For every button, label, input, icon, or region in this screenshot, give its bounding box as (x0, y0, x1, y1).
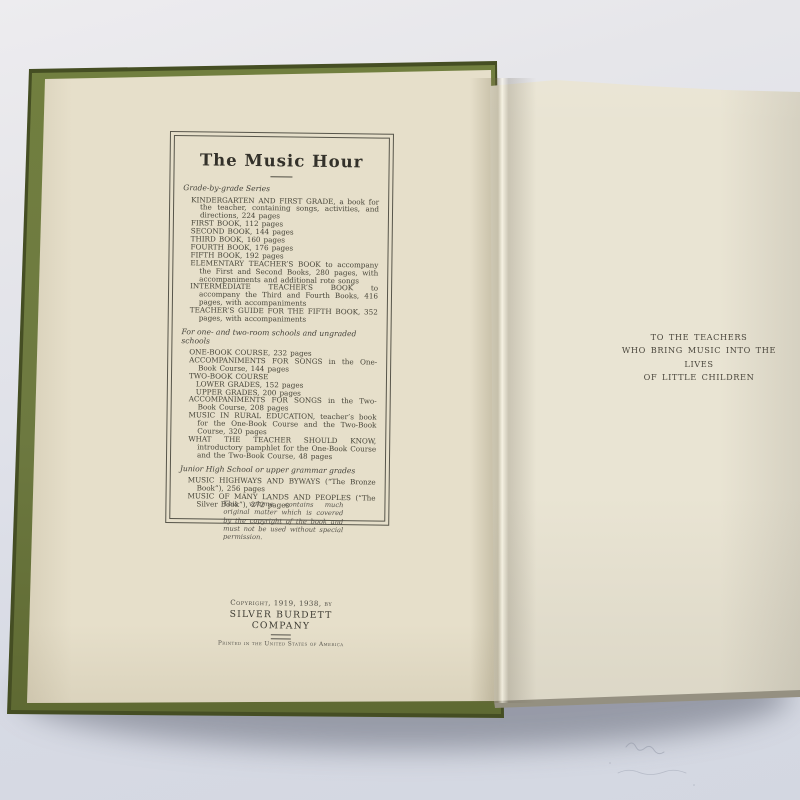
imprint-printed-line: Printed in the United States of America (206, 640, 356, 648)
imprint-rule (271, 634, 291, 639)
series-section: Grade-by-grade SeriesKINDERGARTEN AND FI… (182, 184, 380, 324)
title-rule (270, 176, 292, 177)
dedication-line: WHO BRING MUSIC INTO THE LIVES (606, 344, 792, 371)
dedication: TO THE TEACHERS WHO BRING MUSIC INTO THE… (606, 331, 792, 385)
imprint-block: Copyright, 1919, 1938, by SILVER BURDETT… (206, 598, 357, 647)
imprint-publisher: SILVER BURDETT COMPANY (206, 608, 356, 632)
copyright-notice: This volume contains much original matte… (223, 500, 343, 543)
pencil-scribble (598, 733, 738, 793)
imprint-copyright-line: Copyright, 1919, 1938, by (206, 598, 356, 608)
left-page-content: The Music Hour Grade-by-grade SeriesKIND… (0, 0, 800, 800)
book-photo: The Music Hour Grade-by-grade SeriesKIND… (0, 0, 800, 800)
section-heading: Junior High School or upper grammar grad… (180, 465, 376, 476)
series-section: For one- and two-room schools and ungrad… (180, 328, 378, 461)
series-box-title: The Music Hour (184, 150, 380, 171)
section-heading: For one- and two-room schools and ungrad… (181, 328, 377, 347)
dedication-line: OF LITTLE CHILDREN (606, 371, 792, 384)
series-box-sections: Grade-by-grade SeriesKINDERGARTEN AND FI… (179, 184, 379, 510)
series-item: TEACHER’S GUIDE FOR THE FIFTH BOOK, 352 … (182, 306, 378, 324)
series-box: The Music Hour Grade-by-grade SeriesKIND… (165, 131, 394, 526)
series-item: WHAT THE TEACHER SHOULD KNOW, introducto… (180, 435, 376, 461)
section-heading: Grade-by-grade Series (183, 184, 379, 195)
series-box-inner: The Music Hour Grade-by-grade SeriesKIND… (169, 135, 390, 521)
dedication-line: TO THE TEACHERS (606, 331, 792, 344)
